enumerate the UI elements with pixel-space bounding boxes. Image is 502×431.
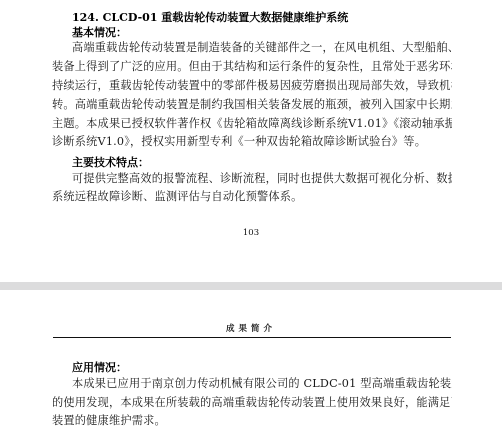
application-heading: 应用情况： — [72, 359, 127, 375]
paragraph-line: 诊断系统V1.0》，授权实用新型专利《一种双齿轮箱故障诊断试验台》等。 — [52, 135, 452, 149]
page-separator — [0, 282, 502, 290]
page-number: 103 — [0, 228, 502, 238]
paragraph-line: 主题。本成果已授权软件著作权《齿轮箱故障离线诊断系统V1.01》《滚动轴承振动信… — [52, 117, 452, 131]
header-rule — [53, 337, 451, 338]
paragraph-line: 装备上得到了广泛的应用。但由于其结构和运行条件的复杂性，且常处于恶劣环境下高负荷… — [52, 60, 452, 74]
basic-info-heading: 基本情况： — [72, 24, 127, 40]
paragraph-line: 本成果已应用于南京创力传动机械有限公司的 CLDC-01 型高端重载齿轮装置上，… — [72, 377, 452, 391]
paragraph-line: 装置的健康维护需求。 — [52, 414, 452, 428]
document-page-next: 成果简介 应用情况： 本成果已应用于南京创力传动机械有限公司的 CLDC-01 … — [0, 290, 502, 431]
paragraph-line: 持续运行，重载齿轮传动装置中的零部件极易因疲劳磨损出现局部失效，导致机械装备不能… — [52, 79, 452, 93]
document-page-103: 124. CLCD-01 重载齿轮传动装置大数据健康维护系统 基本情况： 高端重… — [0, 0, 502, 282]
paragraph-line: 可提供完整高效的报警流程、诊断流程，同时也提供大数据可视化分析、数据挖掘算法、传… — [72, 172, 452, 186]
paragraph-line: 系统远程故障诊断、监测评估与自动化预警体系。 — [52, 190, 452, 204]
running-header: 成果简介 — [0, 322, 502, 334]
paragraph-line: 的使用发现，本成果在所装载的高端重载齿轮传动装置上使用效果良好，能满足高端重载齿… — [52, 396, 452, 410]
tech-features-heading: 主要技术特点： — [72, 154, 149, 170]
achievement-title: 124. CLCD-01 重载齿轮传动装置大数据健康维护系统 — [72, 9, 348, 25]
paragraph-line: 高端重载齿轮传动装置是制造装备的关键部件之一，在风电机组、大型船舶、海洋平台等高… — [72, 41, 452, 55]
paragraph-line: 转。高端重载齿轮传动装置是制约我国相关装备发展的瓶颈，被列入国家中长期发展纲要优… — [52, 98, 452, 112]
